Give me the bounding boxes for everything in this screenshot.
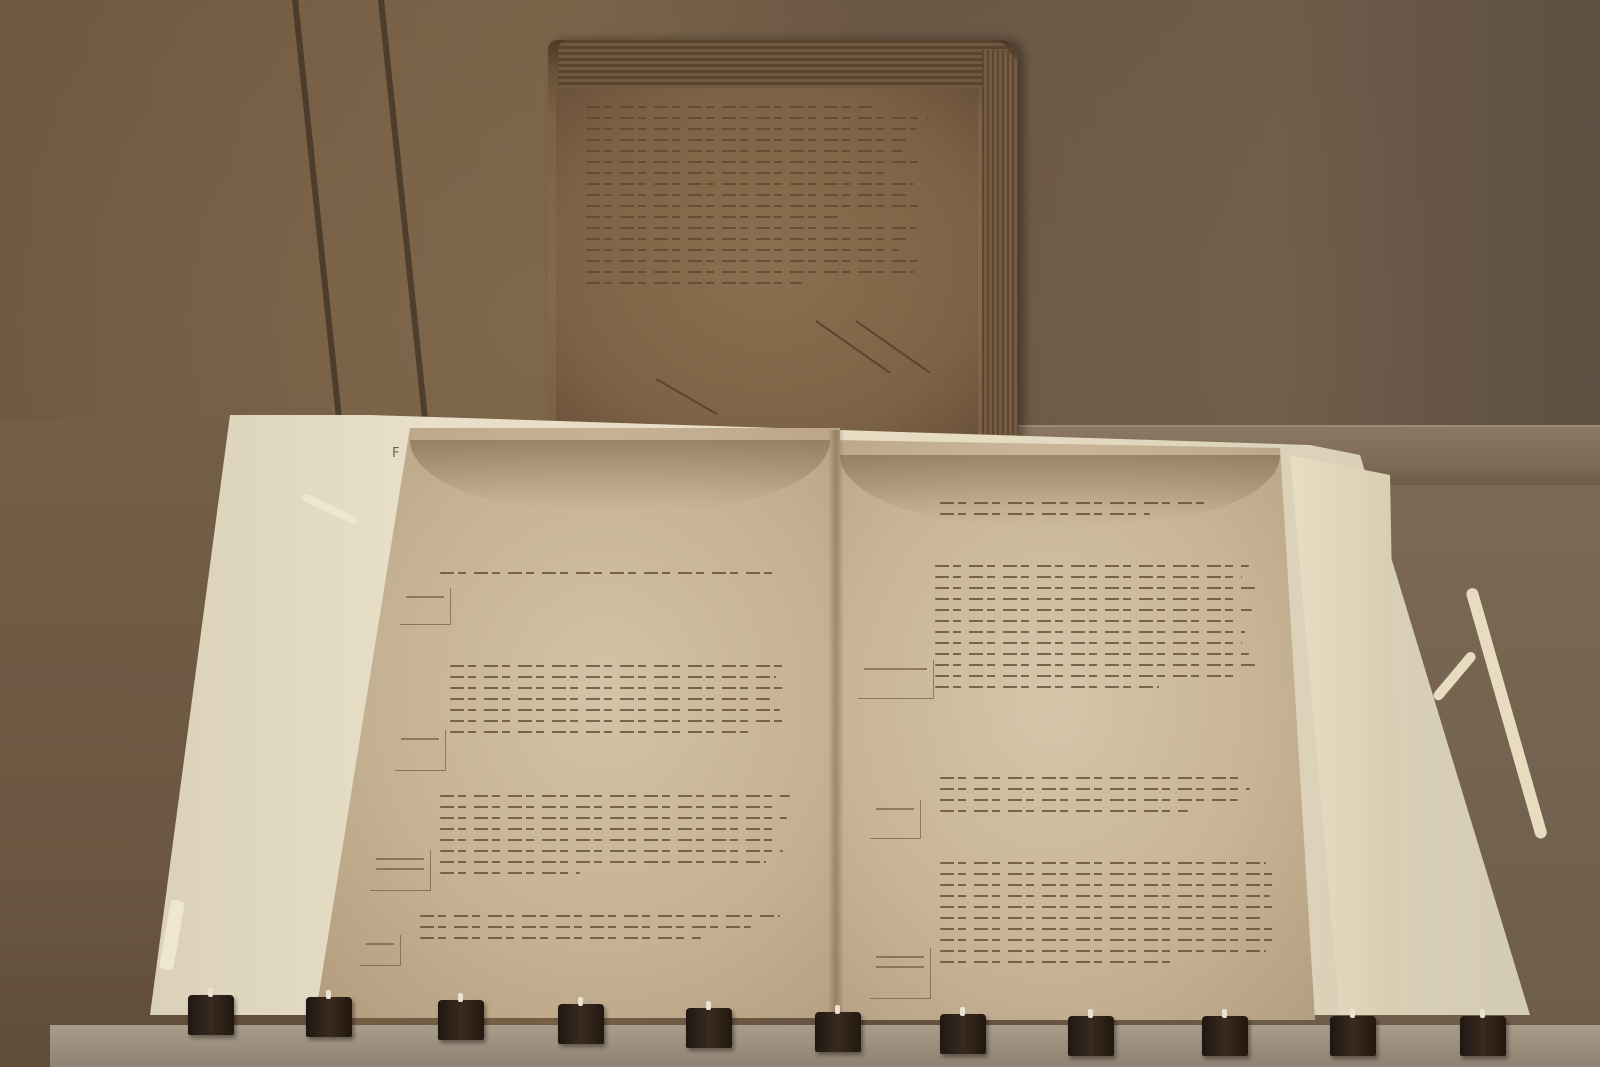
page-weight bbox=[940, 1014, 986, 1054]
folder-label: F bbox=[392, 446, 399, 461]
ledger-cover-page bbox=[556, 88, 978, 439]
strike-through bbox=[855, 320, 930, 373]
strike-through bbox=[815, 320, 890, 373]
left-page-paragraph bbox=[440, 795, 790, 883]
page-weight bbox=[1202, 1016, 1248, 1056]
museum-display-photo: F bbox=[0, 0, 1600, 1067]
page-weight bbox=[438, 1000, 484, 1040]
left-page-paragraph bbox=[450, 665, 790, 742]
left-page-paragraph bbox=[440, 572, 780, 588]
page-weight bbox=[686, 1008, 732, 1048]
page-weight bbox=[1460, 1016, 1506, 1056]
page-weight bbox=[558, 1004, 604, 1044]
right-page-paragraph bbox=[940, 862, 1280, 972]
page-weight bbox=[1068, 1016, 1114, 1056]
right-page-paragraph bbox=[935, 565, 1255, 697]
margin-note bbox=[395, 730, 446, 771]
margin-note bbox=[360, 935, 401, 966]
margin-note bbox=[870, 948, 931, 999]
ledger-handwriting bbox=[586, 106, 946, 293]
ledger-page-edges bbox=[982, 50, 1018, 445]
left-page-paragraph bbox=[420, 915, 780, 948]
right-page-paragraph bbox=[940, 502, 1240, 524]
margin-note bbox=[858, 660, 934, 699]
margin-note bbox=[370, 850, 431, 891]
strike-through bbox=[656, 378, 718, 415]
upright-ledger bbox=[548, 40, 1018, 445]
page-weight bbox=[306, 997, 352, 1037]
page-weight bbox=[188, 995, 234, 1035]
page-weight bbox=[815, 1012, 861, 1052]
page-weight bbox=[1330, 1016, 1376, 1056]
margin-note bbox=[400, 588, 451, 625]
ledger-top-edge bbox=[558, 40, 1010, 88]
manuscript-gutter bbox=[828, 430, 844, 1020]
right-page-paragraph bbox=[940, 777, 1250, 821]
margin-note bbox=[870, 800, 921, 839]
